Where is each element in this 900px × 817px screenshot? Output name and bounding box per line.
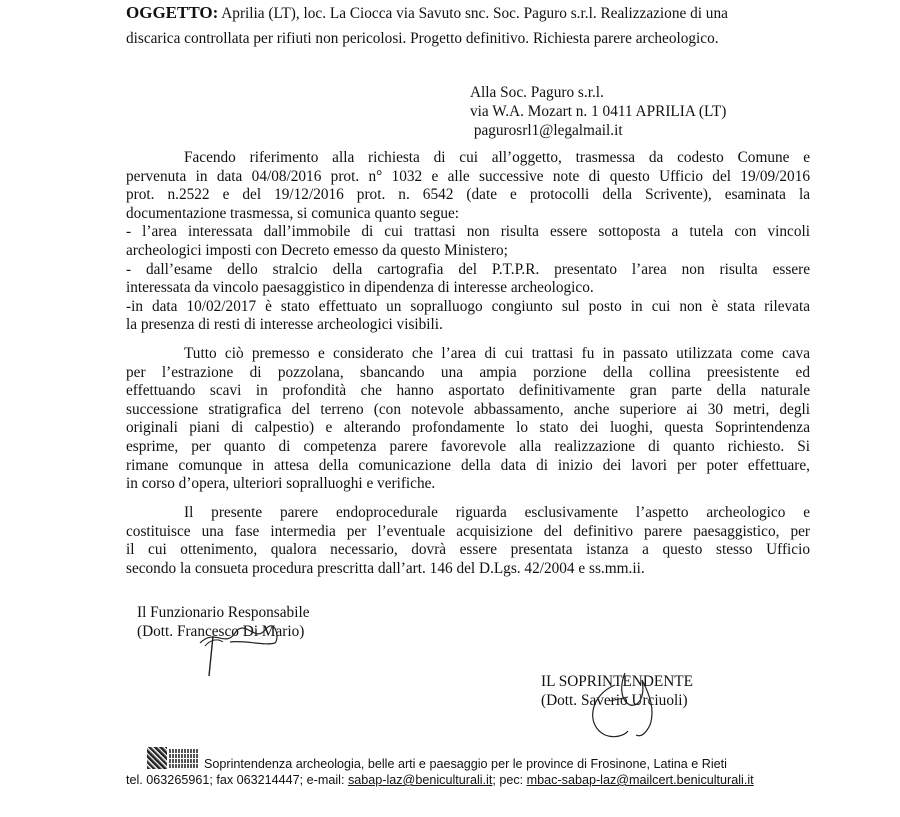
letter-page: OGGETTO: Aprilia (LT), loc. La Ciocca vi… [0, 0, 900, 817]
body-line: la presenza di resti di interesse archeo… [126, 316, 810, 335]
pec-prefix: ; pec: [492, 773, 526, 787]
body-line: Facendo riferimento alla richiesta di cu… [126, 149, 810, 168]
signatory-left: Il Funzionario Responsabile (Dott. Franc… [137, 603, 310, 641]
body-line: -in data 10/02/2017 è stato effettuato u… [126, 298, 810, 317]
office-name: Soprintendenza archeologia, belle arti e… [126, 756, 836, 772]
body-line: - dall’esame dello stralcio della cartog… [126, 261, 810, 280]
signatory-right: IL SOPRINTENDENTE (Dott. Saverio Urciuol… [541, 672, 693, 710]
subject-line-1: OGGETTO: Aprilia (LT), loc. La Ciocca vi… [126, 4, 728, 24]
body-line: originali piani di calpestio) e alterand… [126, 419, 810, 438]
body-line: Il presente parere endoprocedurale rigua… [126, 504, 810, 523]
body-line: effettuando scavi in profondità che hann… [126, 382, 810, 401]
body-line: esprime, per quanto di competenza parere… [126, 438, 810, 457]
recipient-address: Alla Soc. Paguro s.r.l. via W.A. Mozart … [470, 84, 726, 140]
pec-link[interactable]: mbac-sabap-laz@mailcert.beniculturali.it [527, 773, 754, 787]
body-line: secondo la consueta procedura prescritta… [126, 560, 810, 579]
subject-label: OGGETTO: [126, 3, 218, 22]
signatory-left-title: Il Funzionario Responsabile [137, 603, 310, 622]
body-line: successione stratigrafica del terreno (c… [126, 401, 810, 420]
body-line: il cui ottenimento, qualora necessario, … [126, 541, 810, 560]
signatory-right-name: (Dott. Saverio Urciuoli) [541, 691, 693, 710]
subject-line-2: discarica controllata per rifiuti non pe… [126, 30, 719, 49]
body-line: rimane comunque in attesa della comunica… [126, 457, 810, 476]
body-line: Tutto ciò premesso e considerato che l’a… [126, 345, 810, 364]
office-contacts: tel. 063265961; fax 063214447; e-mail: s… [126, 772, 836, 788]
body-paragraph-1: Facendo riferimento alla richiesta di cu… [126, 149, 810, 335]
subject-text-1: Aprilia (LT), loc. La Ciocca via Savuto … [221, 5, 728, 22]
body-line: interessata da vincolo paesaggistico in … [126, 279, 810, 298]
body-line: in corso d’opera, ulteriori sopralluoghi… [126, 475, 810, 494]
body-line: per l’estrazione di pozzolana, sbancando… [126, 364, 810, 383]
body-line: costituisce una fase intermedia per l’ev… [126, 523, 810, 542]
contacts-prefix: tel. 063265961; fax 063214447; e-mail: [126, 773, 348, 787]
email-link[interactable]: sabap-laz@beniculturali.it [348, 773, 492, 787]
body-line: archeologici imposti con Decreto emesso … [126, 242, 810, 261]
recipient-name: Alla Soc. Paguro s.r.l. [470, 84, 726, 103]
recipient-street: via W.A. Mozart n. 1 0411 APRILIA (LT) [470, 103, 726, 122]
signatory-right-title: IL SOPRINTENDENTE [541, 672, 693, 691]
body-paragraph-3: Il presente parere endoprocedurale rigua… [126, 504, 810, 578]
recipient-email: pagurosrl1@legalmail.it [470, 122, 726, 141]
letterhead-footer: Soprintendenza archeologia, belle arti e… [126, 750, 836, 782]
body-line: pervenuta in data 04/08/2016 prot. n° 10… [126, 168, 810, 187]
signatory-left-name: (Dott. Francesco Di Mario) [137, 622, 310, 641]
body-line: - l’area interessata dall’immobile di cu… [126, 223, 810, 242]
body-line: documentazione trasmessa, si comunica qu… [126, 205, 810, 224]
body-line: prot. n.2522 e del 19/12/2016 prot. n. 6… [126, 186, 810, 205]
body-paragraph-2: Tutto ciò premesso e considerato che l’a… [126, 345, 810, 494]
